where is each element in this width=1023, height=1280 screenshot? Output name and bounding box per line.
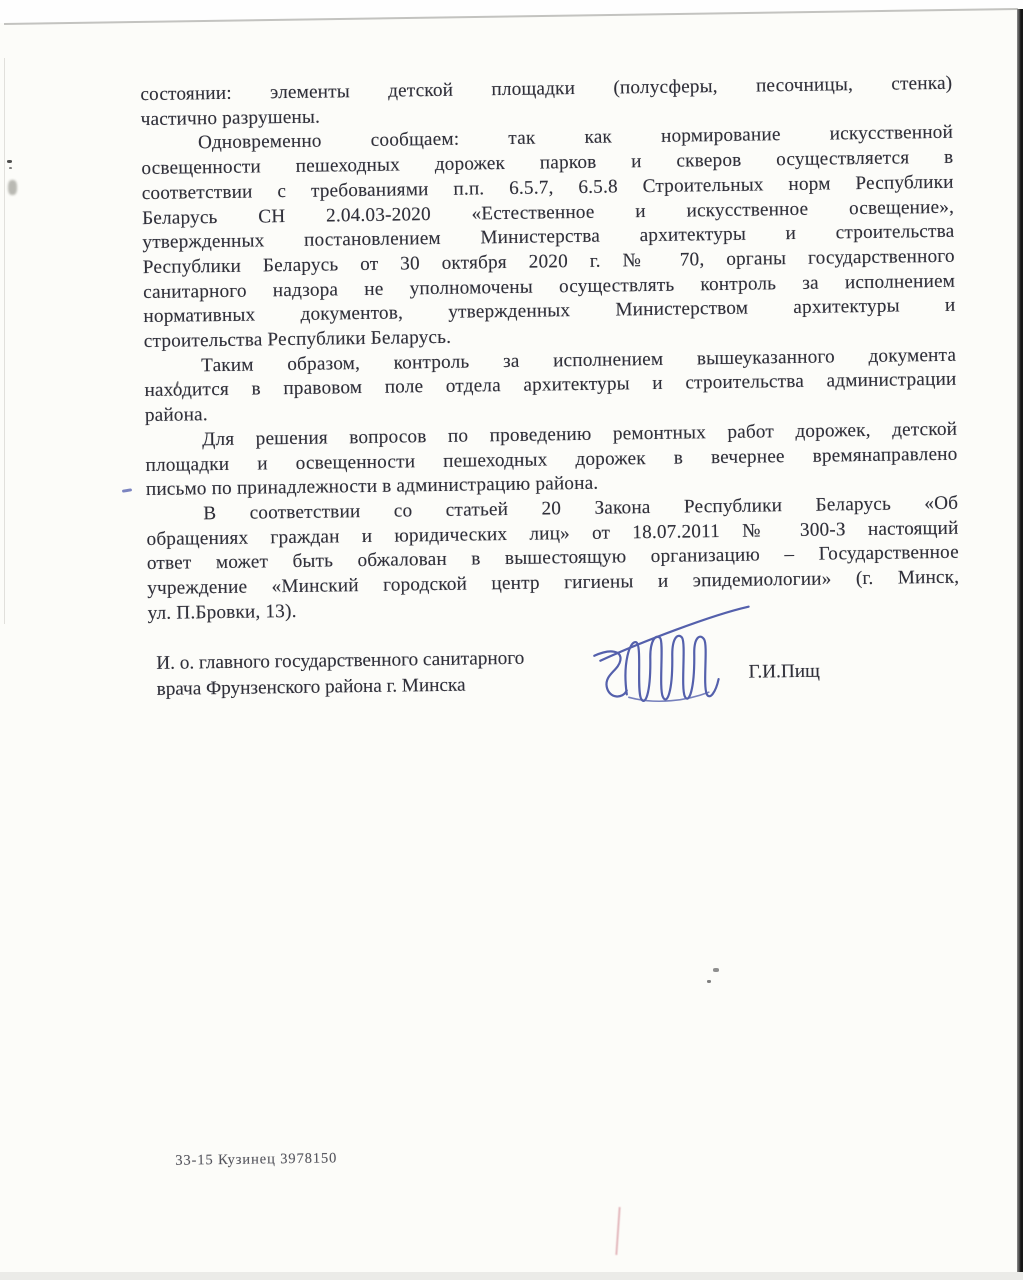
clerk-reference-footer: 33-15 Кузинец 3978150 xyxy=(175,1149,337,1169)
scan-smudge xyxy=(8,180,17,195)
dust-speck xyxy=(707,980,711,983)
ink-speck xyxy=(9,167,12,169)
signatory-name: Г.И.Пищ xyxy=(748,659,820,685)
scanned-letter-page: состоянии: элементы детской площадки (по… xyxy=(0,0,1023,1280)
dust-speck xyxy=(713,968,719,972)
signature-block: И. о. главного государственного санитарн… xyxy=(156,641,858,771)
letter-content: состоянии: элементы детской площадки (по… xyxy=(0,0,1023,1280)
letter-body: состоянии: элементы детской площадки (по… xyxy=(140,72,960,627)
signatory-title: И. о. главного государственного санитарн… xyxy=(156,644,647,702)
handwritten-signature xyxy=(585,599,757,713)
ink-speck xyxy=(7,160,12,163)
